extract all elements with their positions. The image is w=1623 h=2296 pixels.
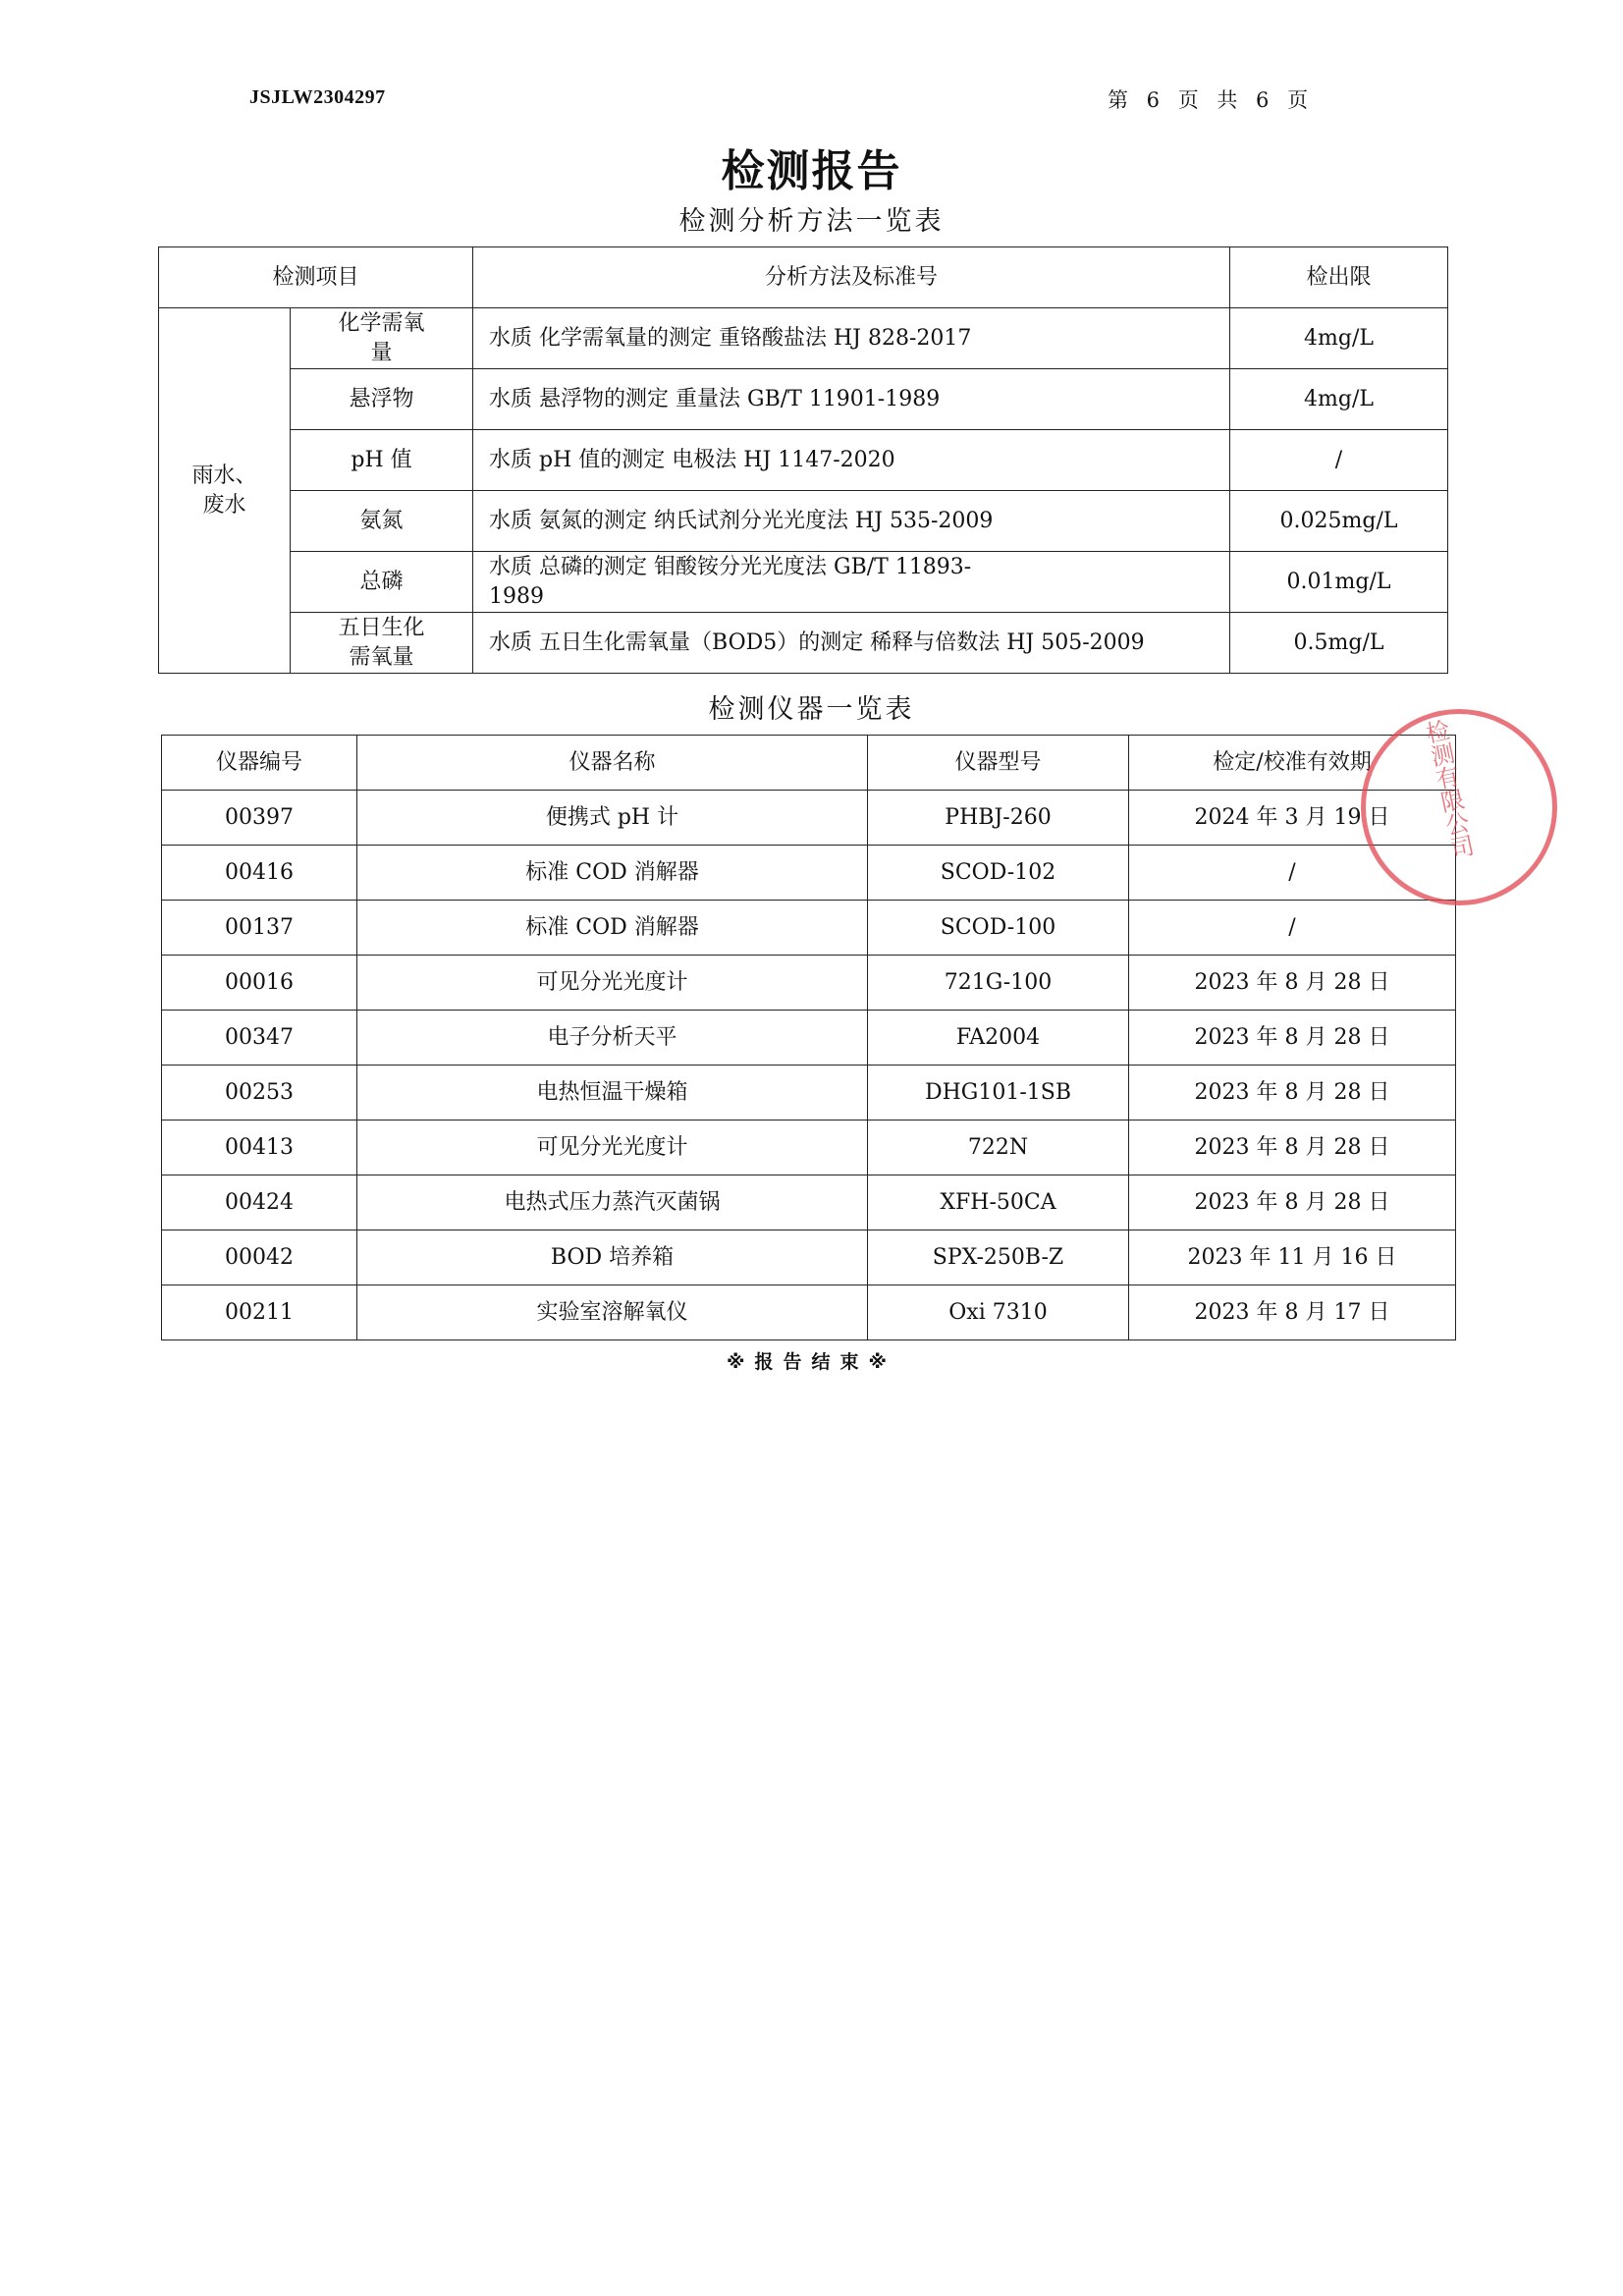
detection-limit: 4mg/L bbox=[1230, 308, 1448, 369]
calibration-validity: / bbox=[1129, 901, 1456, 956]
instrument-model: SCOD-102 bbox=[868, 846, 1129, 901]
table-row: 00137标准 COD 消解器SCOD-100/ bbox=[162, 901, 1456, 956]
table-row: pH 值 水质 pH 值的测定 电极法 HJ 1147-2020 / bbox=[159, 430, 1448, 491]
table-row: 00253电热恒温干燥箱DHG101-1SB2023 年 8 月 28 日 bbox=[162, 1066, 1456, 1121]
instrument-name: 电子分析天平 bbox=[357, 1011, 868, 1066]
table-row: 00211实验室溶解氧仪Oxi 73102023 年 8 月 17 日 bbox=[162, 1285, 1456, 1340]
instrument-name: 实验室溶解氧仪 bbox=[357, 1285, 868, 1340]
detection-limit: / bbox=[1230, 430, 1448, 491]
instrument-name: 电热恒温干燥箱 bbox=[357, 1066, 868, 1121]
instrument-name: 标准 COD 消解器 bbox=[357, 846, 868, 901]
instrument-id: 00416 bbox=[162, 846, 357, 901]
instrument-model: FA2004 bbox=[868, 1011, 1129, 1066]
table-row: 氨氮 水质 氨氮的测定 纳氏试剂分光光度法 HJ 535-2009 0.025m… bbox=[159, 491, 1448, 552]
column-header: 分析方法及标准号 bbox=[473, 247, 1230, 308]
report-number: JSJLW2304297 bbox=[249, 86, 386, 109]
method: 水质 五日生化需氧量（BOD5）的测定 稀释与倍数法 HJ 505-2009 bbox=[473, 613, 1230, 674]
table-row: 悬浮物 水质 悬浮物的测定 重量法 GB/T 11901-1989 4mg/L bbox=[159, 369, 1448, 430]
test-item: 悬浮物 bbox=[291, 369, 473, 430]
instrument-name: BOD 培养箱 bbox=[357, 1230, 868, 1285]
instrument-model: DHG101-1SB bbox=[868, 1066, 1129, 1121]
methods-table-caption: 检测分析方法一览表 bbox=[0, 199, 1623, 238]
instrument-id: 00397 bbox=[162, 791, 357, 846]
table-row: 五日生化需氧量 水质 五日生化需氧量（BOD5）的测定 稀释与倍数法 HJ 50… bbox=[159, 613, 1448, 674]
instrument-id: 00042 bbox=[162, 1230, 357, 1285]
calibration-validity: 2023 年 8 月 28 日 bbox=[1129, 956, 1456, 1011]
test-item: 氨氮 bbox=[291, 491, 473, 552]
instrument-id: 00016 bbox=[162, 956, 357, 1011]
category-label: 雨水、废水 bbox=[190, 462, 259, 520]
table-row: 00016可见分光光度计721G-1002023 年 8 月 28 日 bbox=[162, 956, 1456, 1011]
sample-category: 雨水、废水 bbox=[159, 308, 291, 674]
table-header-row: 仪器编号 仪器名称 仪器型号 检定/校准有效期 bbox=[162, 736, 1456, 791]
instrument-model: XFH-50CA bbox=[868, 1175, 1129, 1230]
method: 水质 化学需氧量的测定 重铬酸盐法 HJ 828-2017 bbox=[473, 308, 1230, 369]
calibration-validity: 2023 年 8 月 28 日 bbox=[1129, 1066, 1456, 1121]
instrument-name: 标准 COD 消解器 bbox=[357, 901, 868, 956]
table-row: 00413可见分光光度计722N2023 年 8 月 28 日 bbox=[162, 1121, 1456, 1175]
instrument-name: 可见分光光度计 bbox=[357, 1121, 868, 1175]
test-item: 五日生化需氧量 bbox=[291, 613, 473, 674]
instrument-id: 00347 bbox=[162, 1011, 357, 1066]
column-header: 检出限 bbox=[1230, 247, 1448, 308]
detection-limit: 4mg/L bbox=[1230, 369, 1448, 430]
column-header: 仪器型号 bbox=[868, 736, 1129, 791]
detection-limit: 0.025mg/L bbox=[1230, 491, 1448, 552]
calibration-validity: 2023 年 11 月 16 日 bbox=[1129, 1230, 1456, 1285]
instrument-model: PHBJ-260 bbox=[868, 791, 1129, 846]
detection-limit: 0.01mg/L bbox=[1230, 552, 1448, 613]
calibration-validity: 2023 年 8 月 28 日 bbox=[1129, 1121, 1456, 1175]
page-title: 检测报告 bbox=[0, 136, 1623, 198]
instrument-name: 便携式 pH 计 bbox=[357, 791, 868, 846]
table-row: 00424电热式压力蒸汽灭菌锅XFH-50CA2023 年 8 月 28 日 bbox=[162, 1175, 1456, 1230]
instrument-id: 00413 bbox=[162, 1121, 357, 1175]
methods-table: 检测项目 分析方法及标准号 检出限 雨水、废水 化学需氧量 水质 化学需氧量的测… bbox=[158, 246, 1448, 674]
test-item: 总磷 bbox=[291, 552, 473, 613]
instrument-model: Oxi 7310 bbox=[868, 1285, 1129, 1340]
table-row: 00042BOD 培养箱SPX-250B-Z2023 年 11 月 16 日 bbox=[162, 1230, 1456, 1285]
instrument-name: 电热式压力蒸汽灭菌锅 bbox=[357, 1175, 868, 1230]
page-indicator: 第 6 页 共 6 页 bbox=[1108, 84, 1314, 114]
report-end-mark: ※报告结束※ bbox=[0, 1347, 1623, 1374]
instrument-name: 可见分光光度计 bbox=[357, 956, 868, 1011]
instrument-model: SPX-250B-Z bbox=[868, 1230, 1129, 1285]
table-row: 00416标准 COD 消解器SCOD-102/ bbox=[162, 846, 1456, 901]
calibration-validity: 2023 年 8 月 17 日 bbox=[1129, 1285, 1456, 1340]
method: 水质 悬浮物的测定 重量法 GB/T 11901-1989 bbox=[473, 369, 1230, 430]
method: 水质 总磷的测定 钼酸铵分光光度法 GB/T 11893-1989 bbox=[473, 552, 1230, 613]
table-row: 雨水、废水 化学需氧量 水质 化学需氧量的测定 重铬酸盐法 HJ 828-201… bbox=[159, 308, 1448, 369]
column-header: 仪器编号 bbox=[162, 736, 357, 791]
detection-limit: 0.5mg/L bbox=[1230, 613, 1448, 674]
table-row: 00397便携式 pH 计PHBJ-2602024 年 3 月 19 日 bbox=[162, 791, 1456, 846]
table-row: 00347电子分析天平FA20042023 年 8 月 28 日 bbox=[162, 1011, 1456, 1066]
table-row: 总磷 水质 总磷的测定 钼酸铵分光光度法 GB/T 11893-1989 0.0… bbox=[159, 552, 1448, 613]
method: 水质 pH 值的测定 电极法 HJ 1147-2020 bbox=[473, 430, 1230, 491]
instrument-id: 00253 bbox=[162, 1066, 357, 1121]
instrument-model: 721G-100 bbox=[868, 956, 1129, 1011]
instrument-id: 00424 bbox=[162, 1175, 357, 1230]
calibration-validity: 2023 年 8 月 28 日 bbox=[1129, 1175, 1456, 1230]
calibration-validity: 2023 年 8 月 28 日 bbox=[1129, 1011, 1456, 1066]
instruments-table: 仪器编号 仪器名称 仪器型号 检定/校准有效期 00397便携式 pH 计PHB… bbox=[161, 735, 1456, 1340]
column-header: 仪器名称 bbox=[357, 736, 868, 791]
instrument-id: 00211 bbox=[162, 1285, 357, 1340]
table-header-row: 检测项目 分析方法及标准号 检出限 bbox=[159, 247, 1448, 308]
instrument-model: SCOD-100 bbox=[868, 901, 1129, 956]
instrument-model: 722N bbox=[868, 1121, 1129, 1175]
column-header: 检测项目 bbox=[159, 247, 473, 308]
instruments-table-caption: 检测仪器一览表 bbox=[0, 687, 1623, 726]
instrument-id: 00137 bbox=[162, 901, 357, 956]
test-item: pH 值 bbox=[291, 430, 473, 491]
test-item: 化学需氧量 bbox=[291, 308, 473, 369]
method: 水质 氨氮的测定 纳氏试剂分光光度法 HJ 535-2009 bbox=[473, 491, 1230, 552]
